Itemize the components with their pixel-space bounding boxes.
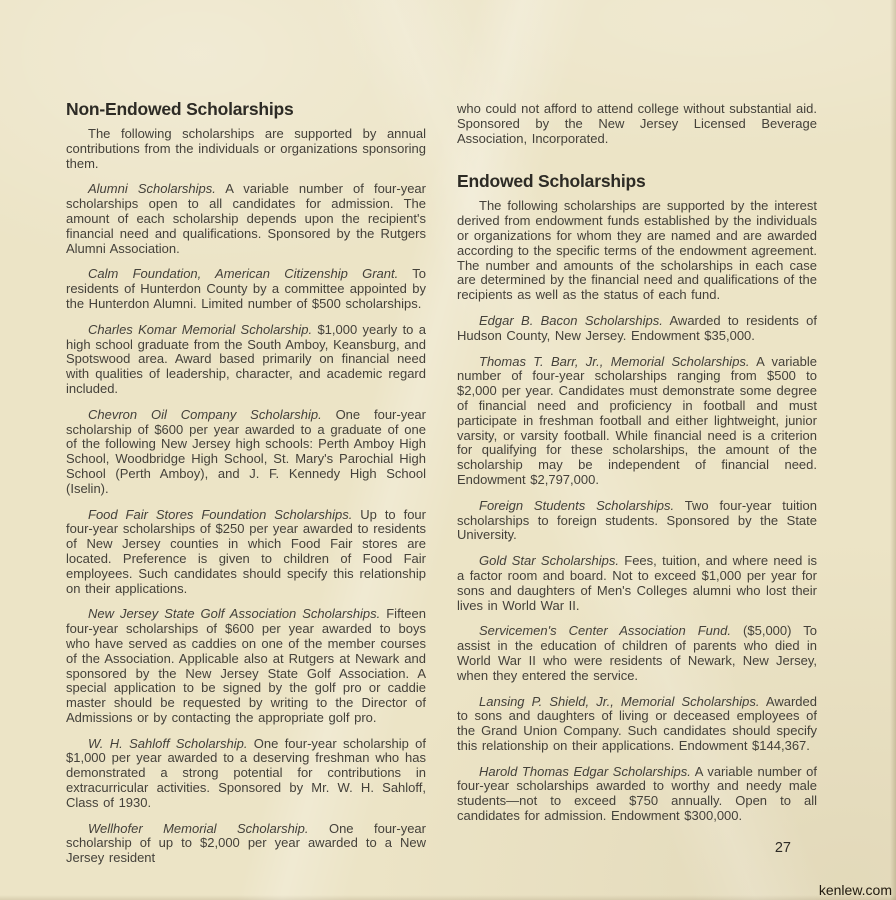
scholarship-entry: Edgar B. Bacon Scholarships. Awarded to …: [457, 314, 817, 344]
scholarship-title: Wellhofer Memorial Scholarship.: [88, 821, 309, 836]
catalog-page: Non-Endowed Scholarships The following s…: [0, 0, 896, 866]
scholarship-entry: Alumni Scholarships. A variable number o…: [66, 182, 426, 256]
scholarship-entry: W. H. Sahloff Scholarship. One four-year…: [66, 737, 426, 811]
continuation-paragraph: who could not afford to attend college w…: [457, 102, 817, 146]
scholarship-title: Alumni Scholarships.: [88, 181, 216, 196]
scholarship-entry: Harold Thomas Edgar Scholarships. A vari…: [457, 765, 817, 824]
scholarship-entry: Lansing P. Shield, Jr., Memorial Scholar…: [457, 695, 817, 754]
left-column: Non-Endowed Scholarships The following s…: [66, 99, 426, 866]
scholarship-entry: Thomas T. Barr, Jr., Memorial Scholarshi…: [457, 355, 817, 488]
scholarship-entry: Chevron Oil Company Scholarship. One fou…: [66, 408, 426, 497]
scholarship-text: A variable number of four-year scholarsh…: [457, 354, 817, 487]
scholarship-title: Servicemen's Center Association Fund.: [479, 623, 731, 638]
intro-paragraph-non-endowed: The following scholarships are supported…: [66, 127, 426, 171]
scholarship-title: Charles Komar Memorial Scholarship.: [88, 322, 312, 337]
page-number: 27: [457, 840, 817, 856]
scholarship-title: Food Fair Stores Foundation Scholarships…: [88, 507, 352, 522]
intro-paragraph-endowed: The following scholarships are supported…: [457, 199, 817, 303]
heading-endowed: Endowed Scholarships: [457, 171, 817, 192]
scholarship-entry: Charles Komar Memorial Scholarship. $1,0…: [66, 323, 426, 397]
scholarship-entry: New Jersey State Golf Association Schola…: [66, 607, 426, 725]
scholarship-title: W. H. Sahloff Scholarship.: [88, 736, 247, 751]
scholarship-title: Foreign Students Scholarships.: [479, 498, 674, 513]
heading-non-endowed: Non-Endowed Scholarships: [66, 99, 426, 120]
scholarship-entry: Food Fair Stores Foundation Scholarships…: [66, 508, 426, 597]
scholarship-title: Harold Thomas Edgar Scholarships.: [479, 764, 691, 779]
scholarship-text: Fifteen four-year scholarships of $600 p…: [66, 606, 426, 725]
scholarship-entry: Foreign Students Scholarships. Two four-…: [457, 499, 817, 543]
scholarship-title: Chevron Oil Company Scholarship.: [88, 407, 322, 422]
scholarship-title: Gold Star Scholarships.: [479, 553, 619, 568]
scholarship-title: Lansing P. Shield, Jr., Memorial Scholar…: [479, 694, 760, 709]
scholarship-entry: Servicemen's Center Association Fund. ($…: [457, 624, 817, 683]
scholarship-entry: Calm Foundation, American Citizenship Gr…: [66, 267, 426, 311]
scholarship-title: New Jersey State Golf Association Schola…: [88, 606, 380, 621]
scholarship-entry: Gold Star Scholarships. Fees, tuition, a…: [457, 554, 817, 613]
scholarship-title: Thomas T. Barr, Jr., Memorial Scholarshi…: [479, 354, 750, 369]
scholarship-title: Calm Foundation, American Citizenship Gr…: [88, 266, 398, 281]
site-watermark: kenlew.com: [819, 882, 892, 898]
scholarship-entry: Wellhofer Memorial Scholarship. One four…: [66, 822, 426, 866]
scholarship-title: Edgar B. Bacon Scholarships.: [479, 313, 663, 328]
right-column: who could not afford to attend college w…: [457, 99, 817, 866]
